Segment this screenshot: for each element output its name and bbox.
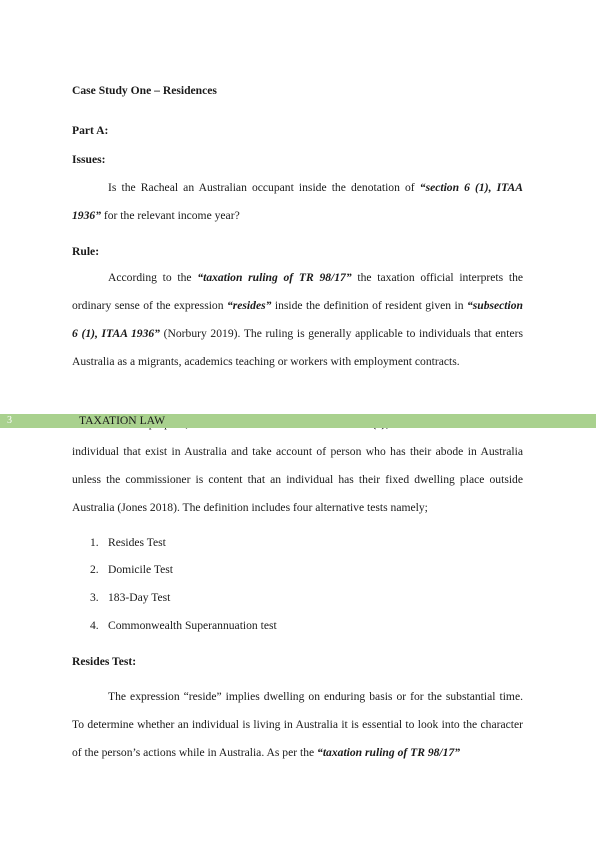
part-heading: Part A:: [72, 124, 108, 137]
resides-test-heading: Resides Test:: [72, 655, 136, 668]
rule-heading: Rule:: [72, 245, 99, 258]
list-number: 4.: [90, 619, 108, 632]
list-label: Resides Test: [108, 536, 166, 549]
list-item: 4.Commonwealth Superannuation test: [90, 619, 277, 632]
term-reference: “resides”: [227, 299, 271, 312]
page-number: 3: [7, 414, 12, 428]
text: According to the: [108, 271, 197, 284]
text: for the relevant income year?: [101, 209, 240, 222]
issues-paragraph: Is the Racheal an Australian occupant in…: [72, 174, 523, 230]
list-label: Commonwealth Superannuation test: [108, 619, 277, 632]
list-item: 1.Resides Test: [90, 536, 166, 549]
document-page: Case Study One – Residences Part A: Issu…: [0, 0, 596, 842]
issues-heading: Issues:: [72, 153, 106, 166]
list-label: Domicile Test: [108, 563, 173, 576]
document-title: Case Study One – Residences: [72, 84, 217, 97]
text: consist of an individual that exist in A…: [72, 417, 523, 514]
resides-paragraph: The expression “reside” implies dwelling…: [72, 683, 523, 767]
list-number: 2.: [90, 563, 108, 576]
text: Is the Racheal an Australian occupant in…: [108, 181, 420, 194]
rule-paragraph-1: According to the “taxation ruling of TR …: [72, 264, 523, 376]
list-item: 3.183-Day Test: [90, 591, 170, 604]
list-item: 2.Domicile Test: [90, 563, 173, 576]
ruling-reference: “taxation ruling of TR 98/17”: [317, 746, 460, 759]
list-number: 3.: [90, 591, 108, 604]
text: inside the definition of resident given …: [271, 299, 467, 312]
list-label: 183-Day Test: [108, 591, 170, 604]
running-title: TAXATION LAW: [79, 413, 165, 429]
ruling-reference: “taxation ruling of TR 98/17”: [197, 271, 351, 284]
list-number: 1.: [90, 536, 108, 549]
